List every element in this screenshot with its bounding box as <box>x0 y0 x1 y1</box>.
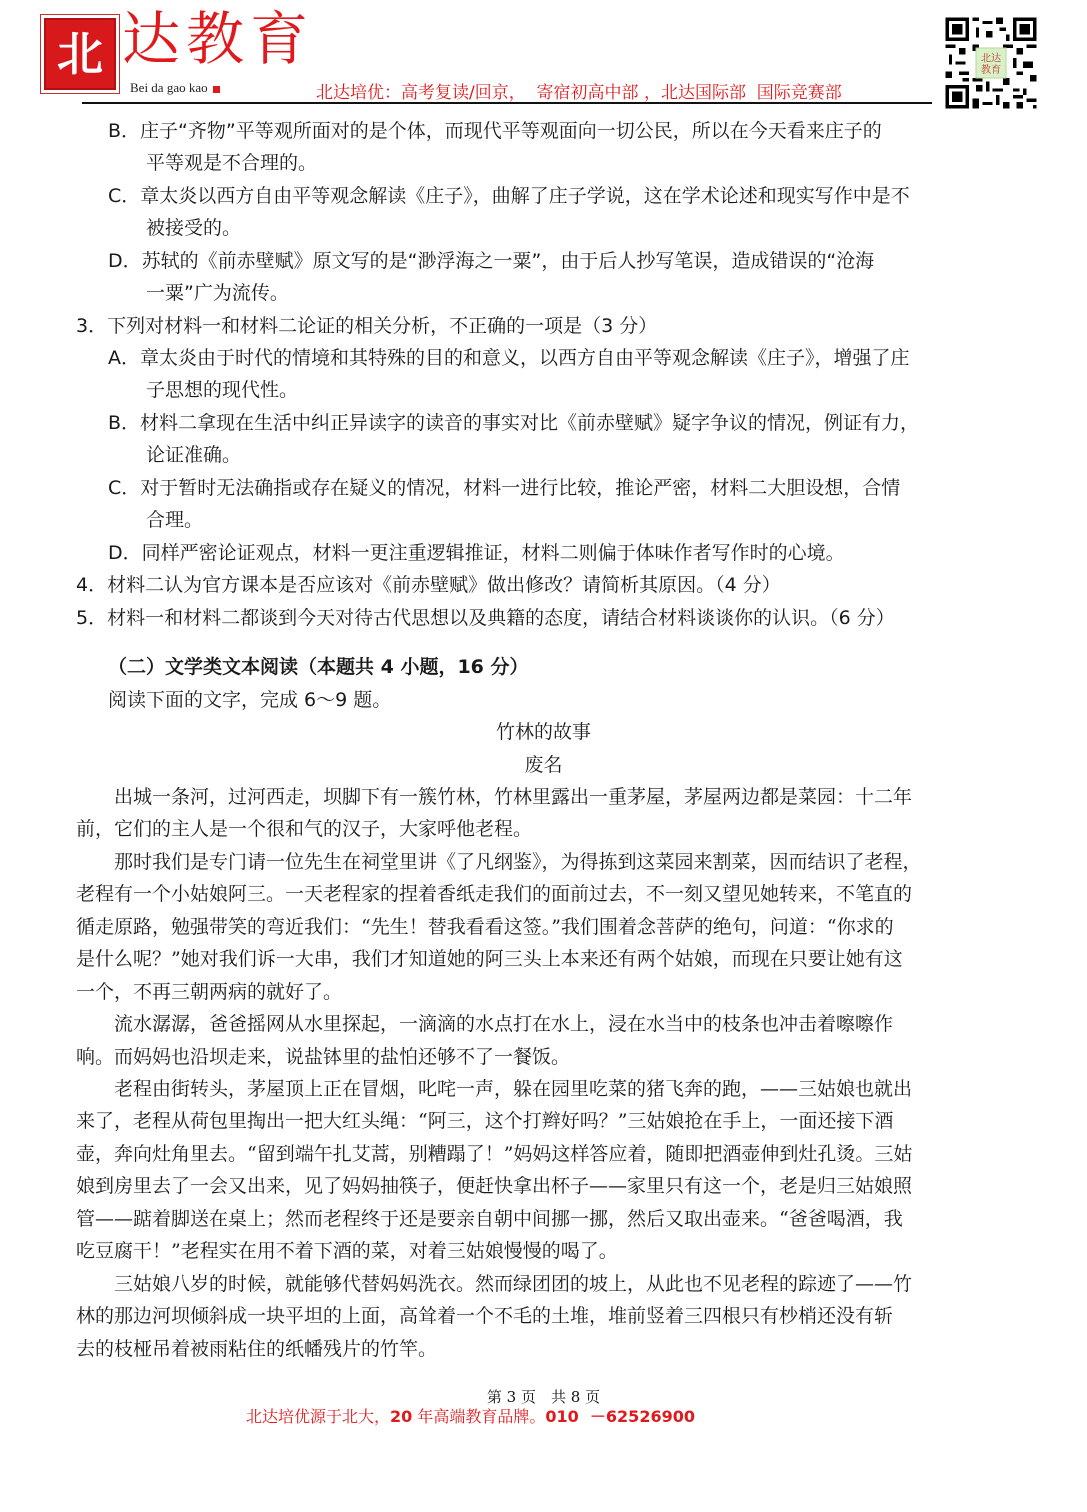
q3-stem: 3．下列对材料一和材料二论证的相关分析，不正确的一项是（3 分） <box>76 317 657 336</box>
section-2-instruction: 阅读下面的文字，完成 6～9 题。 <box>108 691 391 710</box>
q3-option-a-cont: 子思想的现代性。 <box>146 381 298 400</box>
story-author: 废名 <box>0 756 1087 775</box>
svg-text:北达: 北达 <box>981 51 1002 64</box>
logo-mark-char: 北 <box>57 31 103 77</box>
logo-subtitle-text: Bei da gao kao <box>130 80 208 95</box>
q3-option-c-cont: 合理。 <box>146 511 203 530</box>
q2-option-b-cont: 平等观是不合理的。 <box>146 154 317 173</box>
red-square-icon <box>213 86 220 93</box>
svg-text:教育: 教育 <box>981 63 1001 76</box>
logo-subtitle: Bei da gao kao <box>130 80 220 96</box>
q2-option-d: D．苏轼的《前赤壁赋》原文写的是“渺浮海之一粟”，由于后人抄写笔误，造成错误的“… <box>108 252 874 271</box>
section-2-heading: （二）文学类文本阅读（本题共 4 小题，16 分） <box>108 658 529 677</box>
q3-option-c: C．对于暂时无法确指或存在疑义的情况，材料一进行比较，推论严密，材料二大胆设想，… <box>108 479 900 498</box>
q3-option-a: A．章太炎由于时代的情境和其特殊的目的和意义，以西方自由平等观念解读《庄子》，增… <box>108 349 910 368</box>
question-4: 4．材料二认为官方课本是否应该对《前赤壁赋》做出修改？请简析其原因。（4 分） <box>76 576 781 595</box>
q3-option-b: B．材料二拿现在生活中纠正异读字的读音的事实对比《前赤壁赋》疑字争议的情况，例证… <box>108 414 919 433</box>
q2-option-c: C．章太炎以西方自由平等观念解读《庄子》，曲解了庄子学说，这在学术论述和现实写作… <box>108 187 910 206</box>
q2-option-d-cont: 一粟”广为流传。 <box>146 284 289 303</box>
logo-text: 达教育 <box>122 10 314 68</box>
q2-option-c-cont: 被接受的。 <box>146 219 241 238</box>
logo-mark: 北 <box>44 18 116 90</box>
q3-option-b-cont: 论证准确。 <box>146 446 241 465</box>
q2-option-b: B．庄子“齐物”平等观所面对的是个体，而现代平等观面向一切公民，所以在今天看来庄… <box>108 122 882 141</box>
header-divider <box>82 102 932 104</box>
footer-slogan: 北达培优源于北大，20 年高端教育品牌。010 －62526900 <box>246 1404 695 1427</box>
story-title: 竹林的故事 <box>0 723 1087 742</box>
question-5: 5．材料一和材料二都谈到今天对待古代思想以及典籍的态度，请结合材料谈谈你的认识。… <box>76 609 895 628</box>
header-slogan: 北达培优：高考复读/回京， 寄宿初高中部 ，北达国际部 国际竞赛部 <box>316 78 842 103</box>
q3-option-d: D．同样严密论证观点，材料一更注重逻辑推证，材料二则偏于体味作者写作时的心境。 <box>108 544 845 563</box>
page-header: 北 达教育 Bei da gao kao 北达培优：高考复读/回京， 寄宿初高中… <box>0 0 1087 118</box>
qr-code-icon: 北达 教育 <box>942 14 1040 112</box>
